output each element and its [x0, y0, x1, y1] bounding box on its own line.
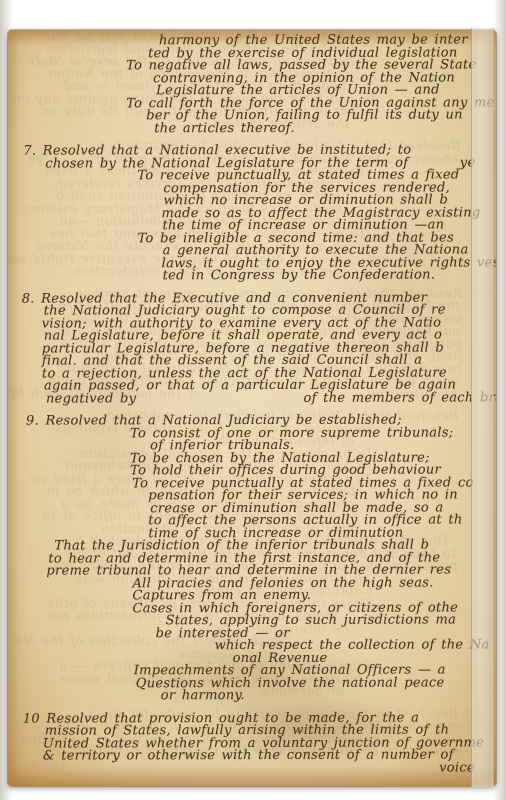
manuscript-line: the articles thereof. [17, 122, 495, 136]
manuscript-line: & territory or otherwise with the consen… [19, 749, 497, 763]
repair-tape-strip [471, 28, 494, 787]
manuscript-line: negatived by of the members of each bran… [18, 392, 496, 406]
manuscript-text: harmony of the United States may be inte… [7, 29, 497, 786]
manuscript-line: ted in Congress by the Confederation. [18, 269, 496, 283]
catchword: voice [19, 762, 497, 776]
manuscript-line: or harmony. [19, 689, 497, 703]
manuscript-line: Questions which involve the national pea… [19, 677, 497, 691]
manuscript-page: harmony of the United States may be inte… [8, 30, 496, 786]
